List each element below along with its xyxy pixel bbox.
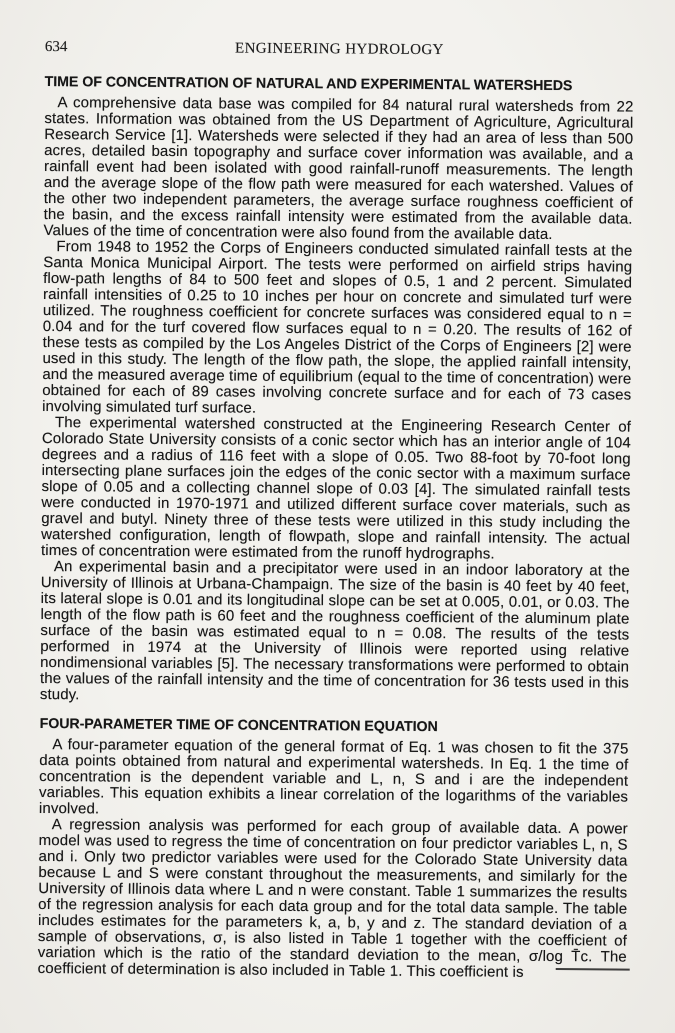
scan-tilt-wrapper: 634 ENGINEERING HYDROLOGY TIME OF CONCEN… <box>0 0 675 1033</box>
section-2-paragraph-1: A four-parameter equation of the general… <box>39 737 629 822</box>
section-1-paragraph-2: From 1948 to 1952 the Corps of Engineers… <box>42 239 632 420</box>
section-1-paragraph-3: The experimental watershed constructed a… <box>41 415 631 564</box>
page-number: 634 <box>45 39 68 56</box>
page-content: TIME OF CONCENTRATION OF NATURAL AND EXP… <box>38 74 634 982</box>
scanned-page: 634 ENGINEERING HYDROLOGY TIME OF CONCEN… <box>0 0 675 1033</box>
section-2-heading: FOUR-PARAMETER TIME OF CONCENTRATION EQU… <box>40 716 629 738</box>
running-title: ENGINEERING HYDROLOGY <box>45 39 634 61</box>
section-2-paragraph-2: A regression analysis was performed for … <box>38 817 628 982</box>
section-1-heading: TIME OF CONCENTRATION OF NATURAL AND EXP… <box>45 74 634 96</box>
section-1-paragraph-1: A comprehensive data base was compiled f… <box>43 95 633 244</box>
running-header: 634 ENGINEERING HYDROLOGY <box>45 39 634 64</box>
section-1-paragraph-4: An experimental basin and a precipitator… <box>40 559 630 708</box>
